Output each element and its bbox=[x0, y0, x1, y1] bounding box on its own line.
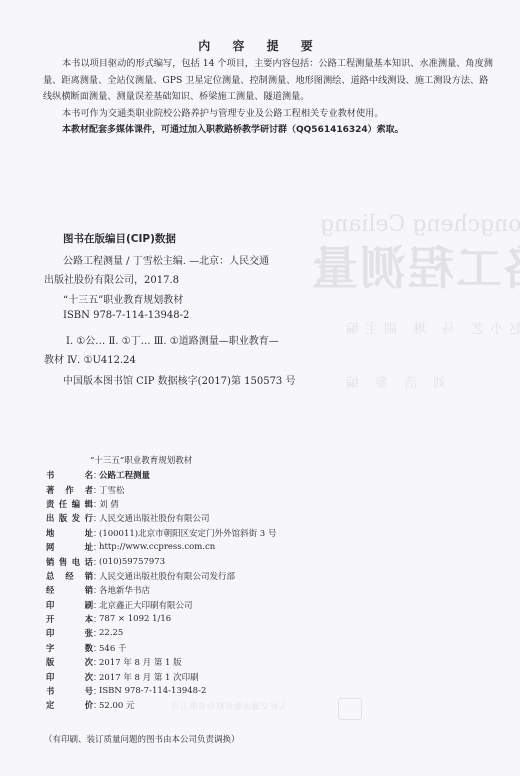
imprint-value: 787 × 1092 1/16 bbox=[99, 614, 171, 624]
quality-note: （有印刷、装订质量问题的图书由本公司负责调换） bbox=[44, 733, 240, 745]
imprint-row: 开本：787 × 1092 1/16 bbox=[46, 612, 276, 626]
imprint-label-char: 次 bbox=[85, 656, 93, 668]
imprint-value: 北京鑫正大印刷有限公司 bbox=[99, 599, 193, 611]
cip-line-2: 出版社股份有限公司，2017.8 bbox=[44, 271, 179, 286]
imprint-label: 定价 bbox=[46, 699, 93, 711]
imprint-row: 出版发行：人民交通出版社股份有限公司 bbox=[46, 511, 276, 525]
imprint-value: 人民交通出版社股份有限公司 bbox=[99, 512, 210, 524]
imprint-row: 责任编辑：刘 倩 bbox=[46, 497, 276, 511]
bleed-through-title: 公路工程测量 bbox=[310, 232, 520, 298]
imprint-value: 22.25 bbox=[99, 628, 123, 638]
imprint-label-char: 本 bbox=[85, 613, 93, 625]
imprint-label: 字数 bbox=[46, 642, 93, 654]
imprint-label-char: 次 bbox=[85, 671, 93, 683]
imprint-label-char: 出 bbox=[46, 512, 54, 524]
imprint-row: 字数：546 千 bbox=[46, 641, 276, 655]
imprint-label-char: 字 bbox=[46, 642, 54, 654]
imprint-label: 书号 bbox=[46, 685, 93, 697]
imprint-label-char: 张 bbox=[85, 627, 93, 639]
imprint-label: 书名 bbox=[46, 469, 93, 481]
imprint-label-char: 销 bbox=[85, 570, 93, 582]
imprint-row: 销售电话：(010)59757973 bbox=[46, 554, 276, 568]
imprint-label: 责任编辑 bbox=[46, 498, 93, 510]
imprint-label-char: 版 bbox=[59, 512, 67, 524]
imprint-row: 地址：(100011)北京市朝阳区安定门外外馆斜街 3 号 bbox=[46, 526, 276, 540]
book-copyright-page: Gonglu Gongcheng Celiang 公路工程测量 赵小艺 马 琳 … bbox=[0, 0, 520, 776]
series-name: “十三五”职业教育规划教材 bbox=[90, 454, 192, 466]
imprint-label-char: 著 bbox=[46, 484, 54, 496]
imprint-label-char: 销 bbox=[46, 556, 54, 568]
cip-line-classification-2: 教材 Ⅳ. ①U412.24 bbox=[44, 351, 136, 366]
imprint-label-char: 地 bbox=[46, 527, 54, 539]
imprint-label: 印刷 bbox=[46, 599, 93, 611]
imprint-row: 著作者：丁雪松 bbox=[46, 482, 276, 496]
imprint-value: ISBN 978-7-114-13948-2 bbox=[99, 686, 206, 696]
summary-paragraph-1: 本书以项目驱动的形式编写，包括 14 个项目，主要内容包括：公路工程测量基本知识… bbox=[43, 56, 493, 106]
imprint-label: 销售电话 bbox=[46, 556, 93, 568]
imprint-label-char: 号 bbox=[85, 685, 93, 697]
imprint-label: 总经销 bbox=[46, 570, 93, 582]
imprint-label-char: 编 bbox=[72, 498, 80, 510]
imprint-value: 各地新华书店 bbox=[99, 584, 150, 596]
imprint-label-char: 任 bbox=[59, 498, 67, 510]
cip-line-record-number: 中国版本图书馆 CIP 数据核字(2017)第 150573 号 bbox=[63, 372, 295, 387]
imprint-value: http://www.ccpress.com.cn bbox=[99, 542, 215, 552]
imprint-value: (100011)北京市朝阳区安定门外外馆斜街 3 号 bbox=[99, 527, 276, 539]
cip-line-3: “十三五”职业教育规划教材 bbox=[63, 291, 183, 306]
imprint-label-char: 发 bbox=[72, 512, 80, 524]
imprint-value: 52.00 元 bbox=[99, 699, 135, 711]
imprint-label-char: 销 bbox=[85, 584, 93, 596]
imprint-label-char: 售 bbox=[59, 556, 67, 568]
imprint-label: 版次 bbox=[46, 656, 93, 668]
summary-paragraph-2: 本书可作为交通类职业院校公路养护与管理专业及公路工程相关专业教材使用。 bbox=[43, 106, 493, 123]
imprint-label-char: 责 bbox=[46, 498, 54, 510]
imprint-value: 2017 年 8 月 第 1 次印刷 bbox=[99, 671, 199, 683]
imprint-label-char: 网 bbox=[46, 541, 54, 553]
imprint-label-char: 开 bbox=[46, 613, 54, 625]
imprint-label-char: 作 bbox=[65, 484, 73, 496]
imprint-label-char: 印 bbox=[46, 599, 54, 611]
imprint-label-char: 电 bbox=[72, 556, 80, 568]
imprint-row: 网址：http://www.ccpress.com.cn bbox=[46, 540, 276, 554]
imprint-label-char: 书 bbox=[46, 685, 54, 697]
imprint-label-char: 印 bbox=[46, 627, 54, 639]
imprint-row: 印刷：北京鑫正大印刷有限公司 bbox=[46, 598, 276, 612]
imprint-row: 印张：22.25 bbox=[46, 626, 276, 640]
imprint-label: 网址 bbox=[46, 541, 93, 553]
imprint-row: 版次：2017 年 8 月 第 1 版 bbox=[46, 655, 276, 669]
imprint-table: 书名：公路工程测量著作者：丁雪松责任编辑：刘 倩出版发行：人民交通出版社股份有限… bbox=[46, 468, 276, 713]
imprint-value: (010)59757973 bbox=[99, 557, 165, 567]
imprint-label-char: 经 bbox=[65, 570, 73, 582]
imprint-label: 印次 bbox=[46, 671, 93, 683]
bleed-through-authors: 赵小艺 马 琳 副主编 bbox=[340, 318, 520, 337]
imprint-label-char: 辑 bbox=[85, 498, 93, 510]
summary-title: 内 容 提 要 bbox=[0, 37, 520, 54]
cip-line-isbn: ISBN 978-7-114-13948-2 bbox=[63, 310, 189, 321]
imprint-label-char: 书 bbox=[46, 469, 54, 481]
imprint-label-char: 者 bbox=[85, 484, 93, 496]
imprint-value: 刘 倩 bbox=[99, 498, 119, 510]
imprint-label-char: 数 bbox=[85, 642, 93, 654]
summary-paragraph-3: 本教材配套多媒体课件，可通过加入职教路桥教学研讨群（QQ561416324）索取… bbox=[43, 122, 493, 139]
imprint-value: 公路工程测量 bbox=[99, 469, 150, 481]
imprint-row: 经销：各地新华书店 bbox=[46, 583, 276, 597]
imprint-label: 开本 bbox=[46, 613, 93, 625]
imprint-label: 经销 bbox=[46, 584, 93, 596]
imprint-label: 印张 bbox=[46, 627, 93, 639]
imprint-label: 地址 bbox=[46, 527, 93, 539]
imprint-label: 出版发行 bbox=[46, 512, 93, 524]
imprint-label-char: 话 bbox=[85, 556, 93, 568]
cip-heading: 图书在版编目(CIP)数据 bbox=[63, 231, 176, 246]
imprint-label-char: 址 bbox=[85, 527, 93, 539]
imprint-row: 总经销：人民交通出版社股份有限公司发行部 bbox=[46, 569, 276, 583]
imprint-label-char: 定 bbox=[46, 699, 54, 711]
imprint-value: 人民交通出版社股份有限公司发行部 bbox=[99, 570, 235, 582]
imprint-label-char: 总 bbox=[46, 570, 54, 582]
imprint-value: 2017 年 8 月 第 1 版 bbox=[99, 656, 182, 668]
imprint-row: 书号：ISBN 978-7-114-13948-2 bbox=[46, 684, 276, 698]
imprint-label: 著作者 bbox=[46, 484, 93, 496]
imprint-value: 546 千 bbox=[99, 642, 126, 654]
imprint-label-char: 行 bbox=[85, 512, 93, 524]
imprint-label-char: 版 bbox=[46, 656, 54, 668]
imprint-label-char: 印 bbox=[46, 671, 54, 683]
publisher-logo-icon bbox=[338, 698, 362, 720]
imprint-label-char: 刷 bbox=[85, 599, 93, 611]
imprint-row: 印次：2017 年 8 月 第 1 次印刷 bbox=[46, 669, 276, 683]
imprint-row: 定价：52.00 元 bbox=[46, 698, 276, 712]
cip-line-1: 公路工程测量 / 丁雪松主编. —北京：人民交通 bbox=[63, 252, 269, 267]
imprint-row: 书名：公路工程测量 bbox=[46, 468, 276, 482]
imprint-value: 丁雪松 bbox=[99, 484, 125, 496]
imprint-label-char: 址 bbox=[85, 541, 93, 553]
cip-line-classification: Ⅰ. ①公… Ⅱ. ①丁… Ⅲ. ①道路测量—职业教育— bbox=[66, 332, 279, 347]
imprint-label-char: 名 bbox=[85, 469, 93, 481]
imprint-label-char: 经 bbox=[46, 584, 54, 596]
imprint-label-char: 价 bbox=[85, 699, 93, 711]
bleed-through-authors-2: 刘 浩 参 编 bbox=[340, 372, 446, 391]
